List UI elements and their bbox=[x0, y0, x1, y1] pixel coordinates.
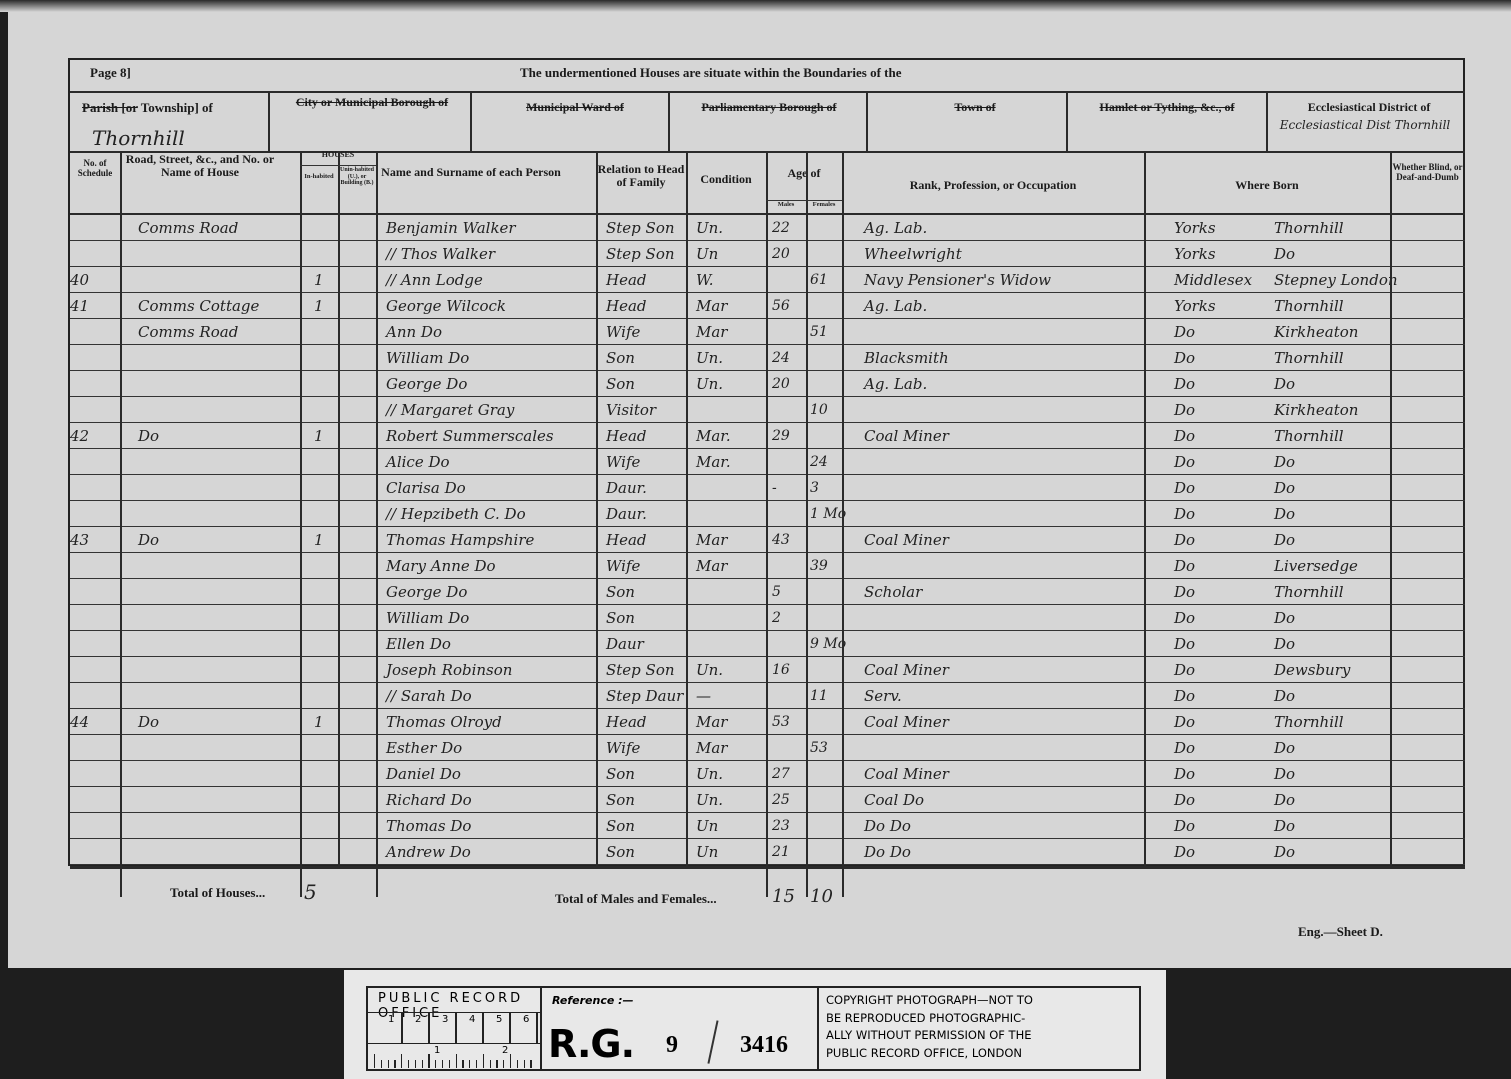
boundary-parish-label: Parish [or Township] of bbox=[82, 101, 213, 115]
relation: Son bbox=[606, 579, 686, 605]
condition: Un. bbox=[696, 657, 766, 683]
person-name: // Margaret Gray bbox=[386, 397, 596, 423]
schedule-number bbox=[70, 371, 120, 397]
occupation: Ag. Lab. bbox=[864, 371, 1144, 397]
inhabited-count bbox=[314, 605, 338, 631]
occupation: Scholar bbox=[864, 579, 1144, 605]
birth-place: Do bbox=[1274, 839, 1390, 865]
boundary-town-label: Town of bbox=[900, 101, 1050, 114]
age-male: - bbox=[772, 475, 806, 501]
relation: Son bbox=[606, 813, 686, 839]
birth-place: Do bbox=[1274, 241, 1390, 267]
column-header-blind: Whether Blind, or Deaf-and-Dumb bbox=[1390, 163, 1465, 183]
person-name: // Ann Lodge bbox=[386, 267, 596, 293]
ruler-tick bbox=[428, 1013, 430, 1043]
condition: Un bbox=[696, 241, 766, 267]
age-male bbox=[772, 735, 806, 761]
schedule-number bbox=[70, 319, 120, 345]
table-row: Richard DoSonUn.25Coal DoDoDo bbox=[70, 787, 1465, 813]
birth-county: Do bbox=[1174, 475, 1274, 501]
schedule-number bbox=[70, 501, 120, 527]
column-header-occupation: Rank, Profession, or Occupation bbox=[842, 179, 1144, 192]
inhabited-count bbox=[314, 397, 338, 423]
birth-place: Thornhill bbox=[1274, 579, 1390, 605]
total-females-value: 10 bbox=[810, 886, 833, 907]
birth-county: Do bbox=[1174, 579, 1274, 605]
road-name: Do bbox=[138, 423, 300, 449]
road-name bbox=[138, 475, 300, 501]
road-name bbox=[138, 657, 300, 683]
table-row: Comms RoadBenjamin WalkerStep SonUn.22Ag… bbox=[70, 215, 1465, 241]
total-persons-label: Total of Males and Females... bbox=[555, 892, 717, 906]
age-female: 10 bbox=[810, 397, 842, 423]
schedule-number bbox=[70, 813, 120, 839]
age-female: 39 bbox=[810, 553, 842, 579]
birth-place: Do bbox=[1274, 813, 1390, 839]
condition: Mar bbox=[696, 735, 766, 761]
table-row: George DoSon5ScholarDoThornhill bbox=[70, 579, 1465, 605]
relation: Daur. bbox=[606, 501, 686, 527]
inhabited-count bbox=[314, 501, 338, 527]
table-row: 42Do1Robert SummerscalesHeadMar.29Coal M… bbox=[70, 423, 1465, 449]
reference-folio: 3416 bbox=[740, 1032, 788, 1059]
occupation: Ag. Lab. bbox=[864, 293, 1144, 319]
inhabited-count bbox=[314, 215, 338, 241]
condition: Mar. bbox=[696, 423, 766, 449]
road-name bbox=[138, 813, 300, 839]
schedule-number: 44 bbox=[70, 709, 120, 735]
birth-place: Do bbox=[1274, 501, 1390, 527]
inhabited-count bbox=[314, 761, 338, 787]
reference-label: Reference :— bbox=[552, 994, 634, 1007]
schedule-number bbox=[70, 241, 120, 267]
table-row: George DoSonUn.20Ag. Lab.DoDo bbox=[70, 371, 1465, 397]
condition: Un bbox=[696, 839, 766, 865]
occupation bbox=[864, 631, 1144, 657]
divider bbox=[268, 91, 270, 151]
person-name: Thomas Olroyd bbox=[386, 709, 596, 735]
age-male: 56 bbox=[772, 293, 806, 319]
divider bbox=[70, 866, 1465, 869]
condition: Mar bbox=[696, 709, 766, 735]
occupation bbox=[864, 605, 1144, 631]
inhabited-count bbox=[314, 787, 338, 813]
condition bbox=[696, 631, 766, 657]
divider bbox=[470, 91, 472, 151]
ruler-tick bbox=[435, 1060, 436, 1068]
age-male bbox=[772, 397, 806, 423]
ruler-tick bbox=[530, 1060, 531, 1068]
age-male: 20 bbox=[772, 371, 806, 397]
ruler-tick bbox=[428, 1054, 429, 1068]
relation: Step Son bbox=[606, 657, 686, 683]
age-female bbox=[810, 605, 842, 631]
ruler-tick bbox=[517, 1060, 518, 1068]
inhabited-count: 1 bbox=[314, 527, 338, 553]
birth-county: Do bbox=[1174, 319, 1274, 345]
inhabited-count bbox=[314, 319, 338, 345]
condition bbox=[696, 475, 766, 501]
age-female: 24 bbox=[810, 449, 842, 475]
road-name bbox=[138, 605, 300, 631]
birth-place: Kirkheaton bbox=[1274, 319, 1390, 345]
age-female: 53 bbox=[810, 735, 842, 761]
table-row: Esther DoWifeMar53DoDo bbox=[70, 735, 1465, 761]
condition bbox=[696, 579, 766, 605]
condition bbox=[696, 397, 766, 423]
reference-series: R.G. bbox=[548, 1022, 634, 1066]
age-male bbox=[772, 501, 806, 527]
age-female bbox=[810, 761, 842, 787]
age-female: 1 Mo bbox=[810, 501, 842, 527]
ruler-tick bbox=[374, 1054, 375, 1068]
occupation bbox=[864, 501, 1144, 527]
ruler-tick bbox=[415, 1060, 416, 1068]
schedule-number bbox=[70, 657, 120, 683]
relation: Daur bbox=[606, 631, 686, 657]
road-name bbox=[138, 735, 300, 761]
road-name bbox=[138, 397, 300, 423]
inhabited-count bbox=[314, 371, 338, 397]
birth-place: Thornhill bbox=[1274, 293, 1390, 319]
age-male: 2 bbox=[772, 605, 806, 631]
age-male: 20 bbox=[772, 241, 806, 267]
age-female bbox=[810, 657, 842, 683]
schedule-number bbox=[70, 787, 120, 813]
schedule-number bbox=[70, 735, 120, 761]
schedule-number: 41 bbox=[70, 293, 120, 319]
relation: Head bbox=[606, 527, 686, 553]
birth-place: Do bbox=[1274, 371, 1390, 397]
table-row: Daniel DoSonUn.27Coal MinerDoDo bbox=[70, 761, 1465, 787]
birth-county: Do bbox=[1174, 839, 1274, 865]
birth-place: Stepney London bbox=[1274, 267, 1390, 293]
inhabited-count bbox=[314, 449, 338, 475]
age-male: 16 bbox=[772, 657, 806, 683]
relation: Son bbox=[606, 839, 686, 865]
person-name: William Do bbox=[386, 605, 596, 631]
birth-county: Yorks bbox=[1174, 215, 1274, 241]
occupation: Blacksmith bbox=[864, 345, 1144, 371]
age-female bbox=[810, 839, 842, 865]
relation: Step Daur bbox=[606, 683, 686, 709]
birth-place: Dewsbury bbox=[1274, 657, 1390, 683]
ruler-tick bbox=[442, 1060, 443, 1068]
table-row: // Sarah DoStep Daur—11Serv.DoDo bbox=[70, 683, 1465, 709]
age-male: 21 bbox=[772, 839, 806, 865]
inhabited-count bbox=[314, 553, 338, 579]
ruler-tick bbox=[449, 1060, 450, 1068]
road-name bbox=[138, 553, 300, 579]
ruler-tick bbox=[524, 1060, 525, 1068]
occupation bbox=[864, 449, 1144, 475]
column-rule bbox=[766, 151, 768, 897]
age-male: 53 bbox=[772, 709, 806, 735]
age-male: 25 bbox=[772, 787, 806, 813]
occupation: Coal Miner bbox=[864, 761, 1144, 787]
condition: Un bbox=[696, 813, 766, 839]
birth-county: Do bbox=[1174, 397, 1274, 423]
inhabited-count bbox=[314, 813, 338, 839]
person-name: George Wilcock bbox=[386, 293, 596, 319]
column-rule bbox=[300, 151, 302, 897]
birth-county: Do bbox=[1174, 371, 1274, 397]
occupation: Coal Miner bbox=[864, 709, 1144, 735]
boundary-ward-label: Municipal Ward of bbox=[490, 101, 660, 114]
road-name bbox=[138, 683, 300, 709]
ruler-inch-mark: 2 bbox=[502, 1045, 508, 1056]
census-form: Page 8] The undermentioned Houses are si… bbox=[68, 58, 1465, 866]
birth-county: Yorks bbox=[1174, 241, 1274, 267]
age-male: 23 bbox=[772, 813, 806, 839]
inhabited-count bbox=[314, 241, 338, 267]
divider bbox=[866, 91, 868, 151]
birth-county: Do bbox=[1174, 605, 1274, 631]
condition: Mar bbox=[696, 553, 766, 579]
column-rule bbox=[1390, 151, 1392, 866]
schedule-number bbox=[70, 579, 120, 605]
birth-place: Liversedge bbox=[1274, 553, 1390, 579]
person-name: Joseph Robinson bbox=[386, 657, 596, 683]
age-male: 5 bbox=[772, 579, 806, 605]
ruler-tick bbox=[394, 1060, 395, 1068]
column-rule bbox=[120, 151, 122, 897]
road-name bbox=[138, 241, 300, 267]
occupation: Coal Do bbox=[864, 787, 1144, 813]
scan-edge bbox=[0, 0, 1511, 12]
inhabited-count bbox=[314, 579, 338, 605]
age-male bbox=[772, 267, 806, 293]
road-name bbox=[138, 631, 300, 657]
inhabited-count bbox=[314, 839, 338, 865]
ruler-tick bbox=[510, 1054, 511, 1068]
condition: Un. bbox=[696, 345, 766, 371]
birth-place: Thornhill bbox=[1274, 215, 1390, 241]
person-name: Richard Do bbox=[386, 787, 596, 813]
table-row: Joseph RobinsonStep SonUn.16Coal MinerDo… bbox=[70, 657, 1465, 683]
total-males-value: 15 bbox=[772, 886, 795, 907]
page-label: Page 8] bbox=[90, 66, 131, 80]
schedule-number bbox=[70, 397, 120, 423]
condition: Mar bbox=[696, 319, 766, 345]
ruler-tick bbox=[422, 1060, 423, 1068]
inhabited-count bbox=[314, 345, 338, 371]
age-female bbox=[810, 787, 842, 813]
relation: Step Son bbox=[606, 241, 686, 267]
age-male: 27 bbox=[772, 761, 806, 787]
age-male bbox=[772, 553, 806, 579]
relation: Head bbox=[606, 293, 686, 319]
table-row: 401// Ann LodgeHeadW.61Navy Pensioner's … bbox=[70, 267, 1465, 293]
inhabited-count bbox=[314, 631, 338, 657]
age-female: 3 bbox=[810, 475, 842, 501]
ruler-inch-mark: 1 bbox=[434, 1045, 440, 1056]
column-header-uninhabited: Unin-habited (U.), or Building (B.) bbox=[338, 167, 376, 187]
birth-place: Do bbox=[1274, 683, 1390, 709]
age-male: 24 bbox=[772, 345, 806, 371]
road-name bbox=[138, 267, 300, 293]
column-rule bbox=[376, 151, 378, 897]
table-row: Andrew DoSonUn21Do DoDoDo bbox=[70, 839, 1465, 865]
occupation bbox=[864, 735, 1144, 761]
age-female: 61 bbox=[810, 267, 842, 293]
table-row: Alice DoWifeMar.24DoDo bbox=[70, 449, 1465, 475]
condition bbox=[696, 605, 766, 631]
road-name bbox=[138, 761, 300, 787]
ruler-tick bbox=[509, 1013, 511, 1043]
schedule-number bbox=[70, 345, 120, 371]
occupation: Navy Pensioner's Widow bbox=[864, 267, 1144, 293]
total-houses-label: Total of Houses... bbox=[170, 886, 265, 900]
total-houses-value: 5 bbox=[304, 880, 317, 904]
occupation: Wheelwright bbox=[864, 241, 1144, 267]
relation: Visitor bbox=[606, 397, 686, 423]
condition: W. bbox=[696, 267, 766, 293]
relation: Head bbox=[606, 423, 686, 449]
column-header-road: Road, Street, &c., and No. or Name of Ho… bbox=[120, 153, 280, 179]
condition: Un. bbox=[696, 787, 766, 813]
table-row: 44Do1Thomas OlroydHeadMar53Coal MinerDoT… bbox=[70, 709, 1465, 735]
ruler-tick bbox=[483, 1054, 484, 1068]
inhabited-count: 1 bbox=[314, 293, 338, 319]
ruler-mark: 1 bbox=[388, 1014, 394, 1025]
schedule-number bbox=[70, 839, 120, 865]
schedule-number bbox=[70, 449, 120, 475]
inhabited-count bbox=[314, 475, 338, 501]
age-female bbox=[810, 709, 842, 735]
person-name: // Sarah Do bbox=[386, 683, 596, 709]
age-male bbox=[772, 449, 806, 475]
record-office-slip: PUBLIC RECORD OFFICE 12345612 Reference … bbox=[344, 970, 1166, 1079]
road-name bbox=[138, 501, 300, 527]
ruler-mark: 2 bbox=[415, 1014, 421, 1025]
birth-county: Do bbox=[1174, 449, 1274, 475]
schedule-number: 40 bbox=[70, 267, 120, 293]
age-male: 22 bbox=[772, 215, 806, 241]
person-name: Thomas Hampshire bbox=[386, 527, 596, 553]
road-name bbox=[138, 345, 300, 371]
occupation: Coal Miner bbox=[864, 527, 1144, 553]
occupation bbox=[864, 475, 1144, 501]
inhabited-count bbox=[314, 683, 338, 709]
condition: Un. bbox=[696, 761, 766, 787]
occupation: Do Do bbox=[864, 813, 1144, 839]
ruler-tick bbox=[401, 1054, 402, 1068]
ruler-tick bbox=[408, 1060, 409, 1068]
reference-block: Reference :— R.G. 9 3416 bbox=[542, 988, 819, 1069]
ruler-mark: 5 bbox=[496, 1014, 502, 1025]
table-row: // Thos WalkerStep SonUn20WheelwrightYor… bbox=[70, 241, 1465, 267]
ruler-tick bbox=[482, 1013, 484, 1043]
birth-place: Thornhill bbox=[1274, 423, 1390, 449]
age-male bbox=[772, 683, 806, 709]
table-row: Clarisa DoDaur.-3DoDo bbox=[70, 475, 1465, 501]
ruler-tick bbox=[490, 1060, 491, 1068]
column-rule bbox=[806, 151, 808, 897]
person-name: Mary Anne Do bbox=[386, 553, 596, 579]
person-name: Daniel Do bbox=[386, 761, 596, 787]
condition: Mar. bbox=[696, 449, 766, 475]
road-name: Comms Road bbox=[138, 319, 300, 345]
person-name: George Do bbox=[386, 579, 596, 605]
table-row: Ellen DoDaur9 MoDoDo bbox=[70, 631, 1465, 657]
table-row: William DoSon2DoDo bbox=[70, 605, 1465, 631]
relation: Step Son bbox=[606, 215, 686, 241]
column-header-age: Age of bbox=[766, 167, 842, 180]
column-header-where-born: Where Born bbox=[1144, 179, 1390, 192]
relation: Son bbox=[606, 345, 686, 371]
table-row: // Margaret GrayVisitor10DoKirkheaton bbox=[70, 397, 1465, 423]
boundary-ecclesiastical-value: Ecclesiastical Dist Thornhill bbox=[1270, 118, 1460, 134]
boundary-parish-value: Thornhill bbox=[92, 126, 185, 150]
relation: Wife bbox=[606, 553, 686, 579]
column-header-inhabited: In-habited bbox=[300, 173, 338, 180]
column-rule bbox=[596, 151, 598, 866]
birth-place: Thornhill bbox=[1274, 345, 1390, 371]
birth-county: Do bbox=[1174, 761, 1274, 787]
ruler-tick bbox=[401, 1013, 403, 1043]
occupation: Do Do bbox=[864, 839, 1144, 865]
column-header-name: Name and Surname of each Person bbox=[376, 166, 566, 179]
birth-county: Do bbox=[1174, 631, 1274, 657]
birth-county: Do bbox=[1174, 813, 1274, 839]
ruler-tick bbox=[455, 1013, 457, 1043]
schedule-number bbox=[70, 683, 120, 709]
birth-county: Do bbox=[1174, 423, 1274, 449]
table-row: William DoSonUn.24BlacksmithDoThornhill bbox=[70, 345, 1465, 371]
person-name: Thomas Do bbox=[386, 813, 596, 839]
condition: Mar bbox=[696, 293, 766, 319]
person-name: Robert Summerscales bbox=[386, 423, 596, 449]
relation: Son bbox=[606, 605, 686, 631]
schedule-number bbox=[70, 215, 120, 241]
column-rule bbox=[842, 151, 844, 897]
road-name bbox=[138, 839, 300, 865]
ruler-tick bbox=[536, 1013, 538, 1043]
inhabited-count: 1 bbox=[314, 267, 338, 293]
road-name bbox=[138, 579, 300, 605]
schedule-number: 42 bbox=[70, 423, 120, 449]
birth-county: Do bbox=[1174, 787, 1274, 813]
age-female: 51 bbox=[810, 319, 842, 345]
birth-place: Do bbox=[1274, 761, 1390, 787]
person-name: Esther Do bbox=[386, 735, 596, 761]
divider bbox=[766, 200, 842, 201]
column-header-schedule: No. of Schedule bbox=[70, 159, 120, 179]
occupation: Coal Miner bbox=[864, 423, 1144, 449]
ruler-mark: 3 bbox=[442, 1014, 448, 1025]
condition: Mar bbox=[696, 527, 766, 553]
birth-place: Do bbox=[1274, 527, 1390, 553]
inhabited-count: 1 bbox=[314, 423, 338, 449]
ruler-tick bbox=[503, 1060, 504, 1068]
age-female bbox=[810, 579, 842, 605]
birth-county: Middlesex bbox=[1174, 267, 1274, 293]
page-title: The undermentioned Houses are situate wi… bbox=[520, 66, 901, 80]
birth-county: Do bbox=[1174, 553, 1274, 579]
relation: Daur. bbox=[606, 475, 686, 501]
inhabited-count bbox=[314, 657, 338, 683]
age-male bbox=[772, 631, 806, 657]
reference-slash bbox=[707, 1020, 718, 1063]
column-rule bbox=[686, 151, 688, 866]
birth-place: Do bbox=[1274, 631, 1390, 657]
person-name: George Do bbox=[386, 371, 596, 397]
schedule-number bbox=[70, 761, 120, 787]
divider bbox=[70, 91, 1465, 93]
birth-county: Do bbox=[1174, 709, 1274, 735]
relation: Son bbox=[606, 371, 686, 397]
